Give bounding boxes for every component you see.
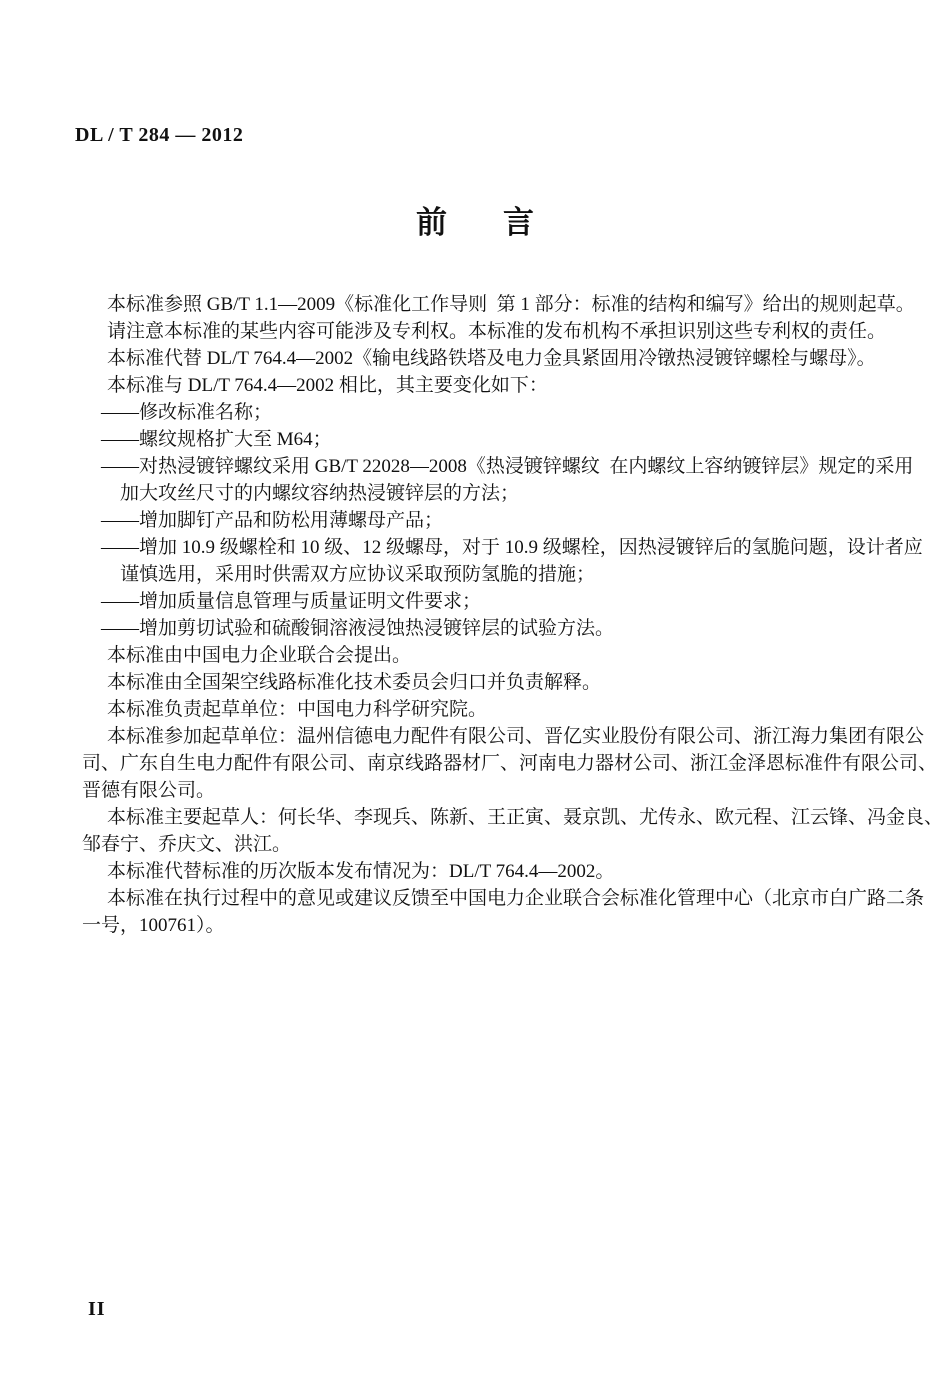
body-line: 本标准负责起草单位：中国电力科学研究院。 [82, 696, 874, 723]
body-line: ——增加剪切试验和硫酸铜溶液浸蚀热浸镀锌层的试验方法。 [82, 615, 874, 642]
body-line: 谨慎选用，采用时供需双方应协议采取预防氢脆的措施； [82, 561, 874, 588]
body-line: 请注意本标准的某些内容可能涉及专利权。本标准的发布机构不承担识别这些专利权的责任… [82, 318, 874, 345]
body-line: 本标准参加起草单位：温州信德电力配件有限公司、晋亿实业股份有限公司、浙江海力集团… [82, 723, 874, 750]
body-line: 本标准代替标准的历次版本发布情况为：DL/T 764.4—2002。 [82, 858, 874, 885]
body-line: 邹春宁、乔庆文、洪江。 [82, 831, 874, 858]
body-line: ——增加 10.9 级螺栓和 10 级、12 级螺母，对于 10.9 级螺栓，因… [82, 534, 874, 561]
body-line: 本标准在执行过程中的意见或建议反馈至中国电力企业联合会标准化管理中心（北京市白广… [82, 885, 874, 912]
body-line: 本标准与 DL/T 764.4—2002 相比，其主要变化如下： [82, 372, 874, 399]
body-line: ——修改标准名称； [82, 399, 874, 426]
body-line: ——增加脚钉产品和防松用薄螺母产品； [82, 507, 874, 534]
page-number: II [88, 1298, 106, 1321]
body-line: 本标准参照 GB/T 1.1—2009《标准化工作导则 第 1 部分：标准的结构… [82, 291, 874, 318]
body-line: 本标准由中国电力企业联合会提出。 [82, 642, 874, 669]
body-line: 一号，100761）。 [82, 912, 874, 939]
body-line: 加大攻丝尺寸的内螺纹容纳热浸镀锌层的方法； [82, 480, 874, 507]
body-line: ——对热浸镀锌螺纹采用 GB/T 22028—2008《热浸镀锌螺纹 在内螺纹上… [82, 453, 874, 480]
foreword-title-char-1: 前 [416, 204, 447, 241]
foreword-title: 前 言 [0, 204, 950, 241]
body-line: 司、广东自生电力配件有限公司、南京线路器材厂、河南电力器材公司、浙江金泽恩标准件… [82, 750, 874, 777]
body-line: 本标准代替 DL/T 764.4—2002《输电线路铁塔及电力金具紧固用冷镦热浸… [82, 345, 874, 372]
body-line: 晋德有限公司。 [82, 777, 874, 804]
body-line: ——增加质量信息管理与质量证明文件要求； [82, 588, 874, 615]
standard-number: DL / T 284 — 2012 [75, 124, 243, 147]
body-line: 本标准由全国架空线路标准化技术委员会归口并负责解释。 [82, 669, 874, 696]
body-line: ——螺纹规格扩大至 M64； [82, 426, 874, 453]
foreword-title-char-2: 言 [503, 204, 534, 241]
document-page: DL / T 284 — 2012 前 言 本标准参照 GB/T 1.1—200… [0, 0, 950, 1388]
foreword-body: 本标准参照 GB/T 1.1—2009《标准化工作导则 第 1 部分：标准的结构… [82, 291, 874, 939]
body-line: 本标准主要起草人：何长华、李现兵、陈新、王正寅、聂京凯、尤传永、欧元程、江云锋、… [82, 804, 874, 831]
